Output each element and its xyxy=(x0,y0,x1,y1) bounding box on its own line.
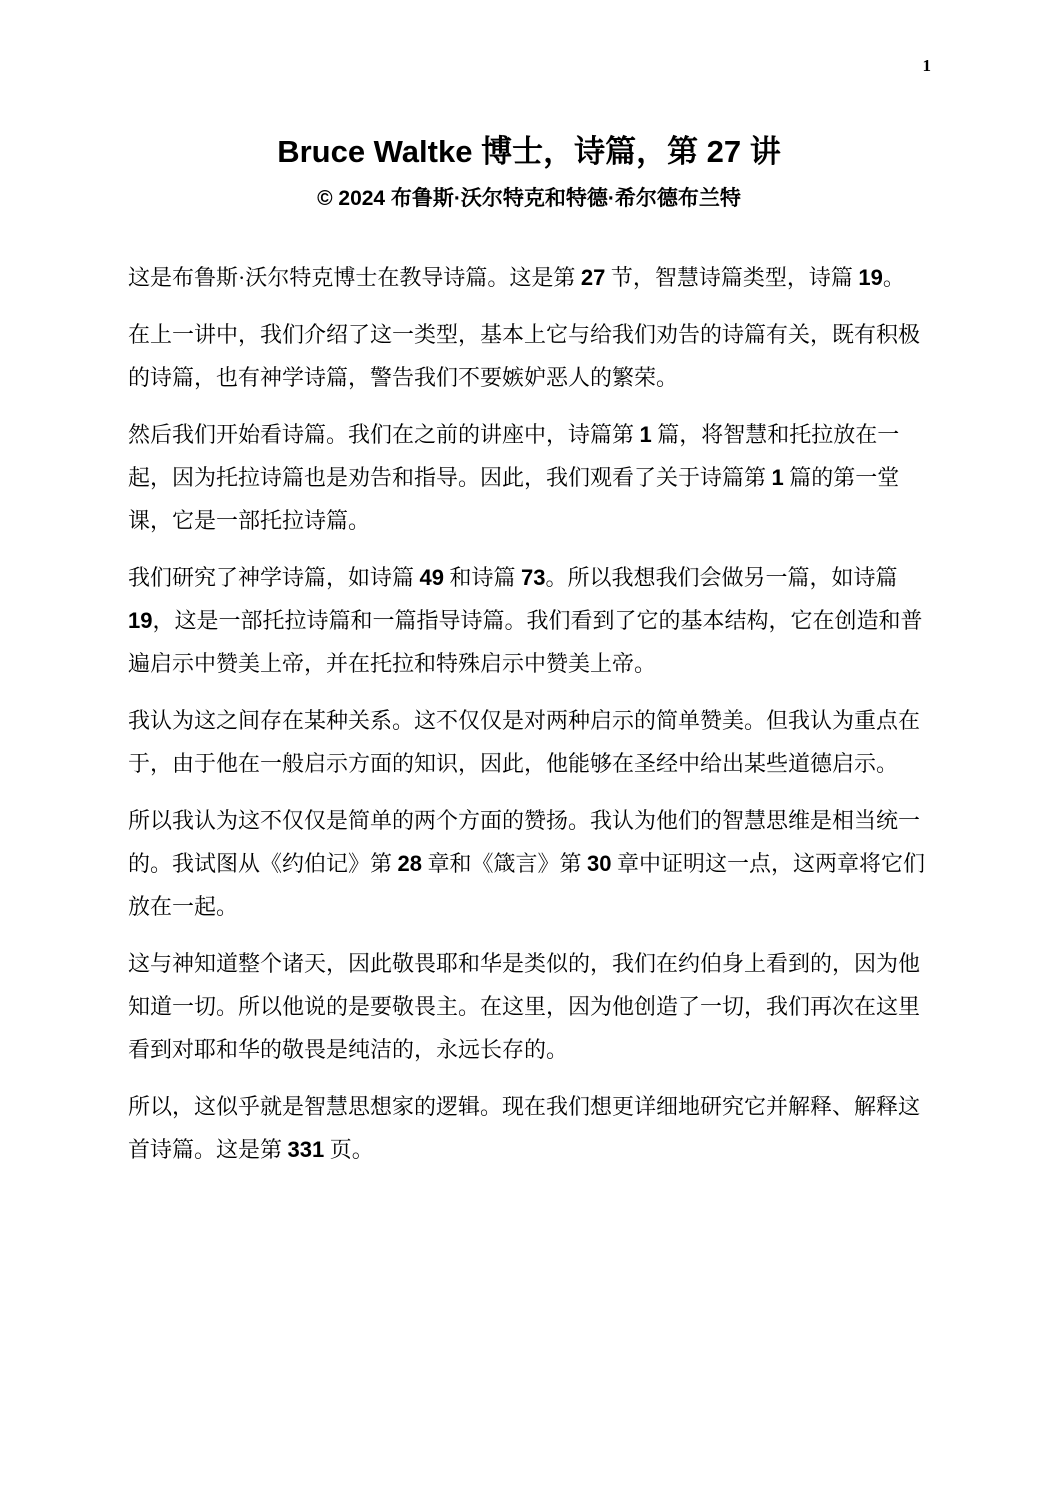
paragraph-7: 这与神知道整个诸天，因此敬畏耶和华是类似的，我们在约伯身上看到的，因为他知道一切… xyxy=(128,942,930,1071)
paragraph-5: 我认为这之间存在某种关系。这不仅仅是对两种启示的简单赞美。但我认为重点在于，由于… xyxy=(128,699,930,785)
page-number: 1 xyxy=(923,56,932,76)
document-page: 1 Bruce Waltke 博士，诗篇，第 27 讲 © 2024 布鲁斯·沃… xyxy=(0,0,1058,1497)
paragraph-3: 然后我们开始看诗篇。我们在之前的讲座中，诗篇第 1 篇，将智慧和托拉放在一起，因… xyxy=(128,413,930,542)
paragraph-2: 在上一讲中，我们介绍了这一类型，基本上它与给我们劝告的诗篇有关，既有积极的诗篇，… xyxy=(128,313,930,399)
paragraph-4: 我们研究了神学诗篇，如诗篇 49 和诗篇 73。所以我想我们会做另一篇，如诗篇 … xyxy=(128,556,930,685)
document-body: 这是布鲁斯·沃尔特克博士在教导诗篇。这是第 27 节，智慧诗篇类型，诗篇 19。… xyxy=(128,256,930,1171)
copyright-line: © 2024 布鲁斯·沃尔特克和特德·希尔德布兰特 xyxy=(0,186,1058,212)
paragraph-8: 所以，这似乎就是智慧思想家的逻辑。现在我们想更详细地研究它并解释、解释这首诗篇。… xyxy=(128,1085,930,1171)
paragraph-1: 这是布鲁斯·沃尔特克博士在教导诗篇。这是第 27 节，智慧诗篇类型，诗篇 19。 xyxy=(128,256,930,299)
document-title: Bruce Waltke 博士，诗篇，第 27 讲 xyxy=(0,0,1058,171)
paragraph-6: 所以我认为这不仅仅是简单的两个方面的赞扬。我认为他们的智慧思维是相当统一的。我试… xyxy=(128,799,930,928)
